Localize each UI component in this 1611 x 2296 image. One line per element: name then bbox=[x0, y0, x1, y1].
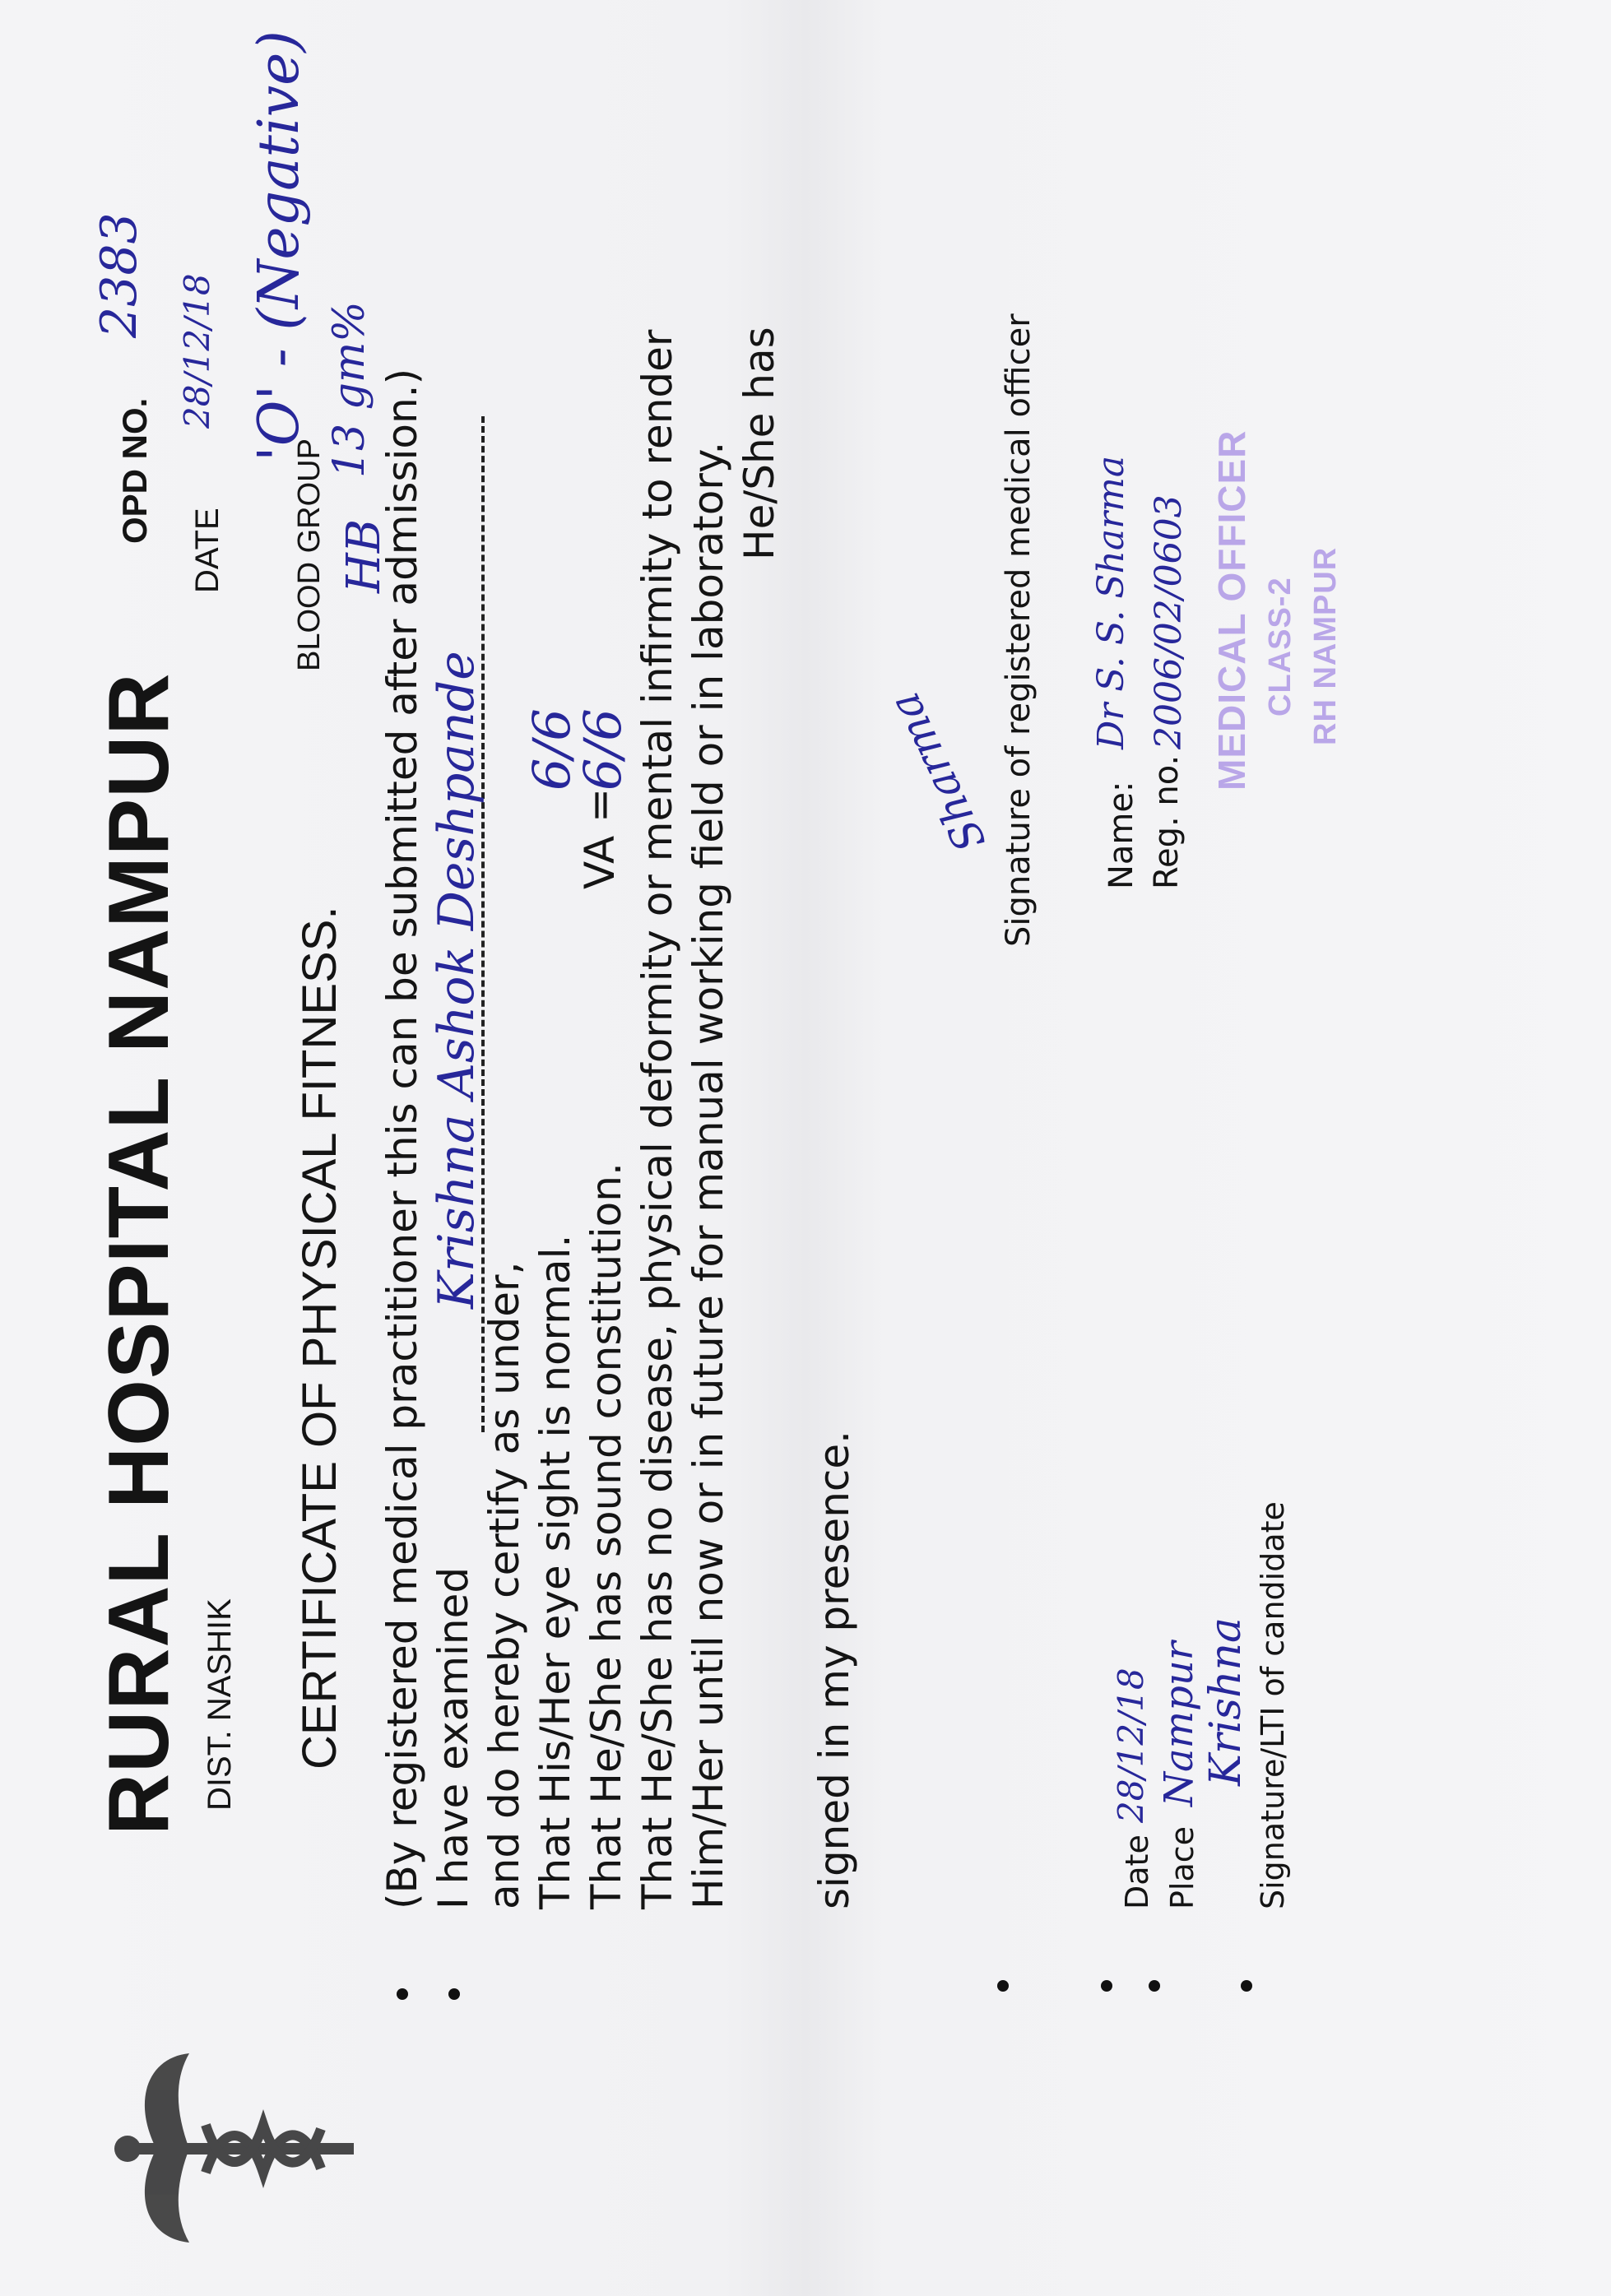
hospital-name: RURAL HOSPITAL NAMPUR bbox=[91, 673, 188, 1835]
officer-signature-label: Signature of registered medical officer bbox=[1000, 313, 1038, 947]
bullet-icon bbox=[997, 1980, 1009, 1992]
candidate-place-label: Place bbox=[1164, 1826, 1200, 1909]
caduceus-icon bbox=[99, 2049, 362, 2247]
bullet-icon bbox=[1101, 1980, 1112, 1992]
officer-name-value: Dr S. S. Sharma bbox=[1090, 456, 1132, 749]
opd-label: OPD NO. bbox=[115, 398, 155, 544]
va-left: 6/6 bbox=[578, 708, 629, 791]
candidate-date-label: Date bbox=[1119, 1834, 1155, 1909]
bullet-icon bbox=[1241, 1980, 1252, 1992]
officer-signature: Sharma bbox=[880, 685, 996, 859]
candidate-signature-label: Signature/LTI of candidate bbox=[1255, 1501, 1291, 1909]
va-right: 6/6 bbox=[527, 708, 578, 791]
certificate-line: That His/Her eye sight is normal. bbox=[532, 1235, 579, 1909]
certificate-line: That He/She has sound constitution. bbox=[583, 1162, 630, 1909]
district: DIST. NASHIK bbox=[202, 1598, 239, 1811]
stamp-line: MEDICAL OFFICER bbox=[1209, 430, 1254, 791]
officer-reg-value: 2006/02/0603 bbox=[1148, 494, 1190, 749]
candidate-place-value: Nampur bbox=[1156, 1641, 1202, 1807]
officer-reg-label: Reg. no. bbox=[1148, 755, 1186, 889]
examined-name: Krishna Ashok Deshpande bbox=[428, 651, 485, 1309]
certificate-line: and do hereby certify as under, bbox=[481, 1262, 528, 1910]
opd-value: 2383 bbox=[91, 212, 148, 338]
candidate-date-value: 28/12/18 bbox=[1111, 1667, 1151, 1823]
bullet-icon bbox=[448, 1988, 460, 2000]
certificate-title: CERTIFICATE OF PHYSICAL FITNESS. bbox=[292, 906, 347, 1770]
hemoglobin-note: 13 gm% bbox=[325, 301, 374, 478]
date-label: DATE bbox=[189, 508, 226, 593]
certificate-line: Him/Her until now or in future for manua… bbox=[685, 442, 732, 1909]
stamp-line: RH NAMPUR bbox=[1308, 547, 1344, 745]
bullet-icon bbox=[1149, 1980, 1160, 1992]
certificate-line: That He/She has no disease, physical def… bbox=[634, 330, 681, 1909]
va-value: 6/6 6/6 bbox=[527, 708, 629, 791]
certificate-line: (By registered medical practitioner this… bbox=[378, 369, 426, 1909]
bullet-icon bbox=[397, 1988, 408, 2000]
candidate-signature: Krishna bbox=[1201, 1617, 1251, 1786]
officer-name-label: Name: bbox=[1103, 782, 1140, 889]
blood-group-note: 'O' - (Negative) bbox=[247, 30, 312, 462]
certificate-line: I have examined bbox=[429, 1567, 477, 1909]
date-value: 28/12/18 bbox=[177, 273, 217, 429]
blood-group-label: BLOOD GROUP bbox=[292, 438, 327, 671]
certificate-line: He/She has bbox=[736, 327, 783, 560]
va-label: VA = bbox=[576, 788, 624, 889]
stamp-line: CLASS-2 bbox=[1263, 577, 1298, 717]
certificate-line: signed in my presence. bbox=[810, 1431, 858, 1909]
certificate-page: RURAL HOSPITAL NAMPUR DIST. NASHIK OPD N… bbox=[0, 0, 1611, 2296]
